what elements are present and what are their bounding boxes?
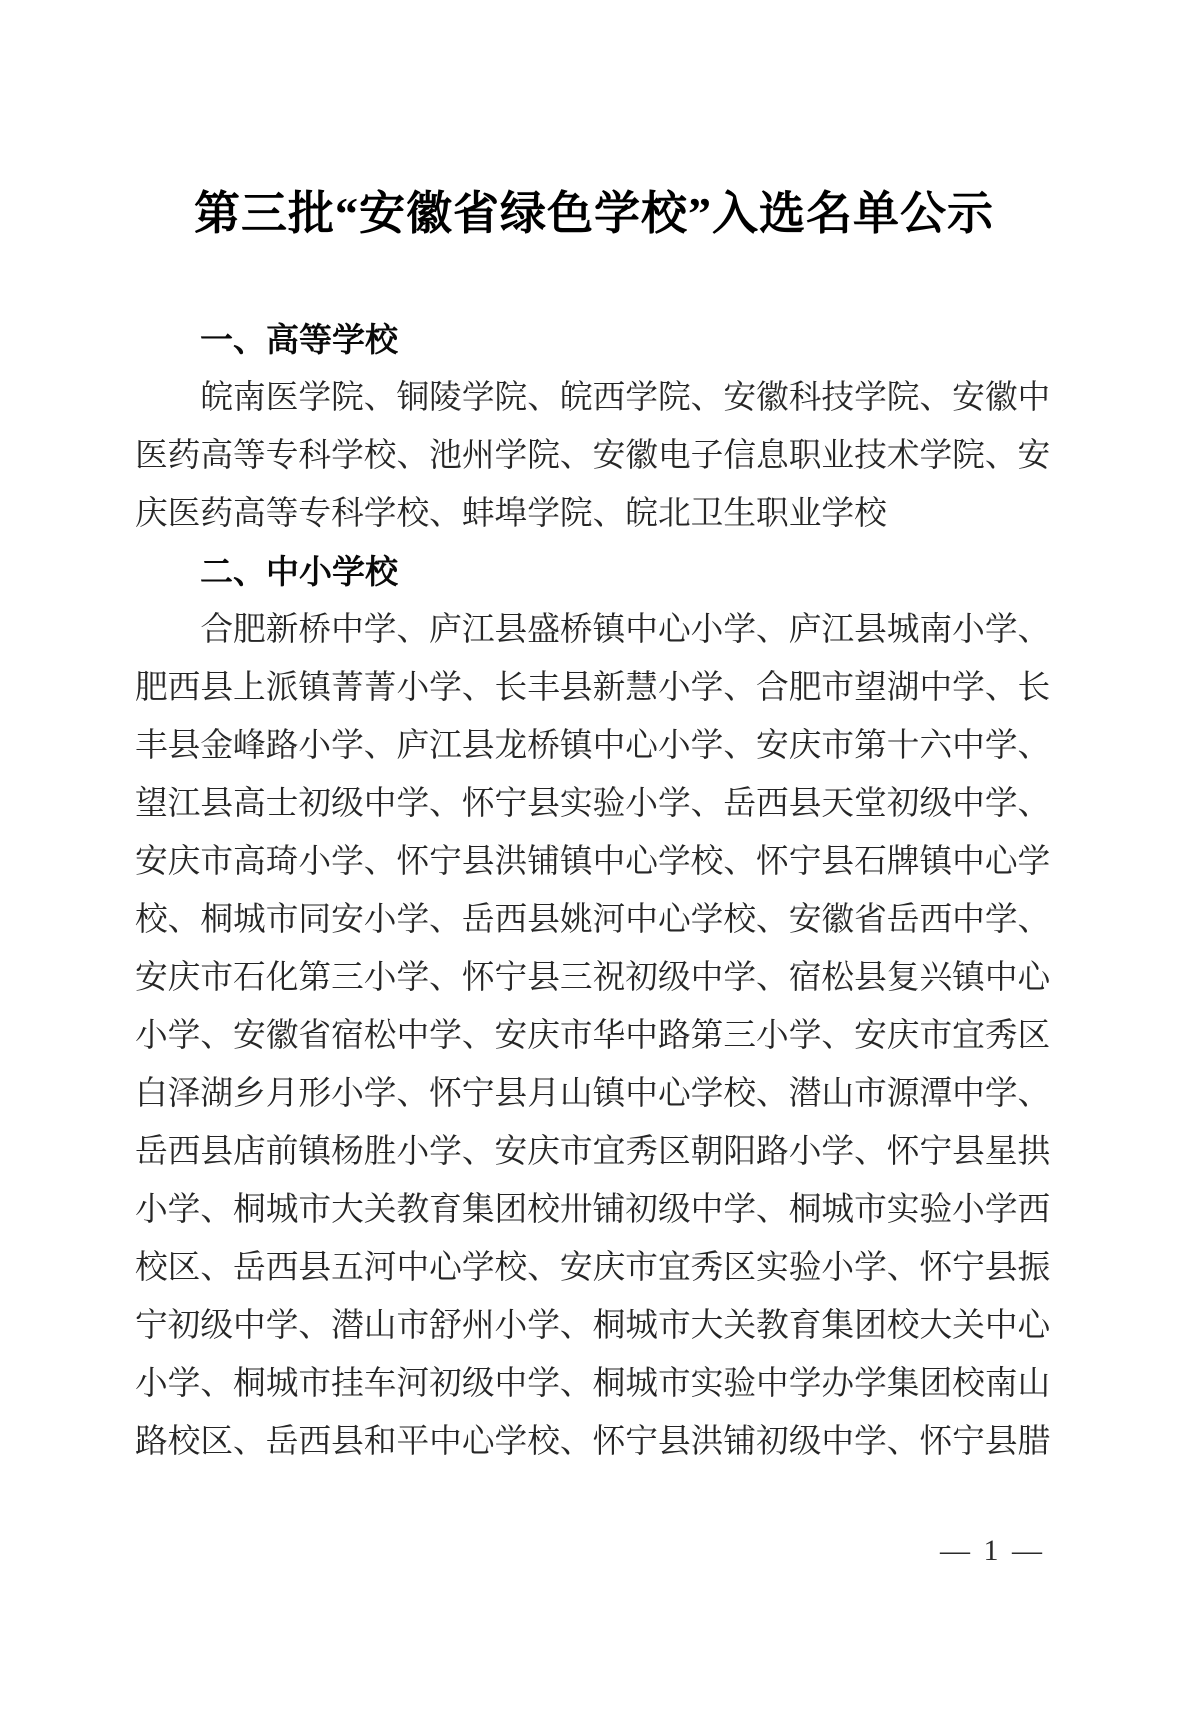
section-heading-1: 一、高等学校 (135, 311, 1055, 369)
text-line: 小学、安徽省宿松中学、安庆市华中路第三小学、安庆市宜秀区 (135, 1007, 1055, 1065)
text-line: 小学、桐城市挂车河初级中学、桐城市实验中学办学集团校南山 (135, 1355, 1055, 1413)
text-line: 校、桐城市同安小学、岳西县姚河中心学校、安徽省岳西中学、 (135, 891, 1055, 949)
text-line: 丰县金峰路小学、庐江县龙桥镇中心小学、安庆市第十六中学、 (135, 717, 1055, 775)
document-body: 一、高等学校 皖南医学院、铜陵学院、皖西学院、安徽科技学院、安徽中医药高等专科学… (135, 311, 1055, 1471)
text-line: 皖南医学院、铜陵学院、皖西学院、安徽科技学院、安徽中 (135, 369, 1055, 427)
text-line: 合肥新桥中学、庐江县盛桥镇中心小学、庐江县城南小学、 (135, 601, 1055, 659)
page-number: — 1 — (940, 1534, 1045, 1568)
text-line: 小学、桐城市大关教育集团校卅铺初级中学、桐城市实验小学西 (135, 1181, 1055, 1239)
page-title: 第三批“安徽省绿色学校”入选名单公示 (0, 186, 1188, 242)
text-line: 肥西县上派镇菁菁小学、长丰县新慧小学、合肥市望湖中学、长 (135, 659, 1055, 717)
text-line: 宁初级中学、潜山市舒州小学、桐城市大关教育集团校大关中心 (135, 1297, 1055, 1355)
section-heading-2: 二、中小学校 (135, 543, 1055, 601)
text-line: 望江县高士初级中学、怀宁县实验小学、岳西县天堂初级中学、 (135, 775, 1055, 833)
text-line: 路校区、岳西县和平中心学校、怀宁县洪铺初级中学、怀宁县腊 (135, 1413, 1055, 1471)
text-line: 白泽湖乡月形小学、怀宁县月山镇中心学校、潜山市源潭中学、 (135, 1065, 1055, 1123)
text-line: 岳西县店前镇杨胜小学、安庆市宜秀区朝阳路小学、怀宁县星拱 (135, 1123, 1055, 1181)
text-line: 安庆市石化第三小学、怀宁县三祝初级中学、宿松县复兴镇中心 (135, 949, 1055, 1007)
document-page: 第三批“安徽省绿色学校”入选名单公示 一、高等学校 皖南医学院、铜陵学院、皖西学… (0, 0, 1188, 1711)
text-line: 庆医药高等专科学校、蚌埠学院、皖北卫生职业学校 (135, 485, 1055, 543)
text-line: 校区、岳西县五河中心学校、安庆市宜秀区实验小学、怀宁县振 (135, 1239, 1055, 1297)
text-line: 安庆市高琦小学、怀宁县洪铺镇中心学校、怀宁县石牌镇中心学 (135, 833, 1055, 891)
text-line: 医药高等专科学校、池州学院、安徽电子信息职业技术学院、安 (135, 427, 1055, 485)
